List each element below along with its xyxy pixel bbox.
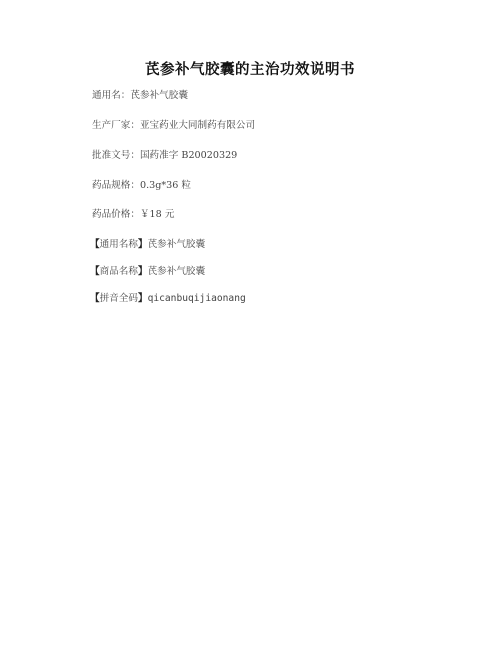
field-value: 亚宝药业大同制药有限公司 <box>140 120 255 131</box>
field-generic-name: 通用名：芪参补气胶囊 <box>92 90 188 102</box>
section-generic-name: 【通用名称】芪参补气胶囊 <box>90 239 205 251</box>
bracket-open: 【 <box>90 293 100 304</box>
field-value: 芪参补气胶囊 <box>130 90 188 101</box>
bracket-close: 】 <box>138 266 148 277</box>
bracket-close: 】 <box>138 239 148 250</box>
field-label: 药品规格： <box>92 180 140 191</box>
section-trade-name: 【商品名称】芪参补气胶囊 <box>90 266 205 278</box>
section-label: 通用名称 <box>100 239 138 250</box>
field-price: 药品价格：￥18 元 <box>92 209 174 221</box>
field-spec: 药品规格：0.3g*36 粒 <box>92 180 191 192</box>
bracket-close: 】 <box>138 293 148 304</box>
section-value: 芪参补气胶囊 <box>148 266 206 277</box>
field-label: 批准文号： <box>92 150 140 161</box>
document-title: 芪参补气胶囊的主治功效说明书 <box>0 58 500 79</box>
bracket-open: 【 <box>90 239 100 250</box>
field-label: 药品价格： <box>92 209 140 220</box>
field-value: ￥18 元 <box>140 209 174 220</box>
section-label: 拼音全码 <box>100 293 138 304</box>
section-pinyin: 【拼音全码】qicanbuqijiaonang <box>90 293 246 305</box>
field-value: 0.3g*36 粒 <box>140 180 191 191</box>
section-value: 芪参补气胶囊 <box>148 239 206 250</box>
bracket-open: 【 <box>90 266 100 277</box>
field-label: 生产厂家： <box>92 120 140 131</box>
field-value: 国药准字 B20020329 <box>140 150 237 161</box>
field-label: 通用名： <box>92 90 130 101</box>
section-label: 商品名称 <box>100 266 138 277</box>
field-manufacturer: 生产厂家：亚宝药业大同制药有限公司 <box>92 120 255 132</box>
field-approval-number: 批准文号：国药准字 B20020329 <box>92 150 237 162</box>
section-value: qicanbuqijiaonang <box>148 293 246 304</box>
